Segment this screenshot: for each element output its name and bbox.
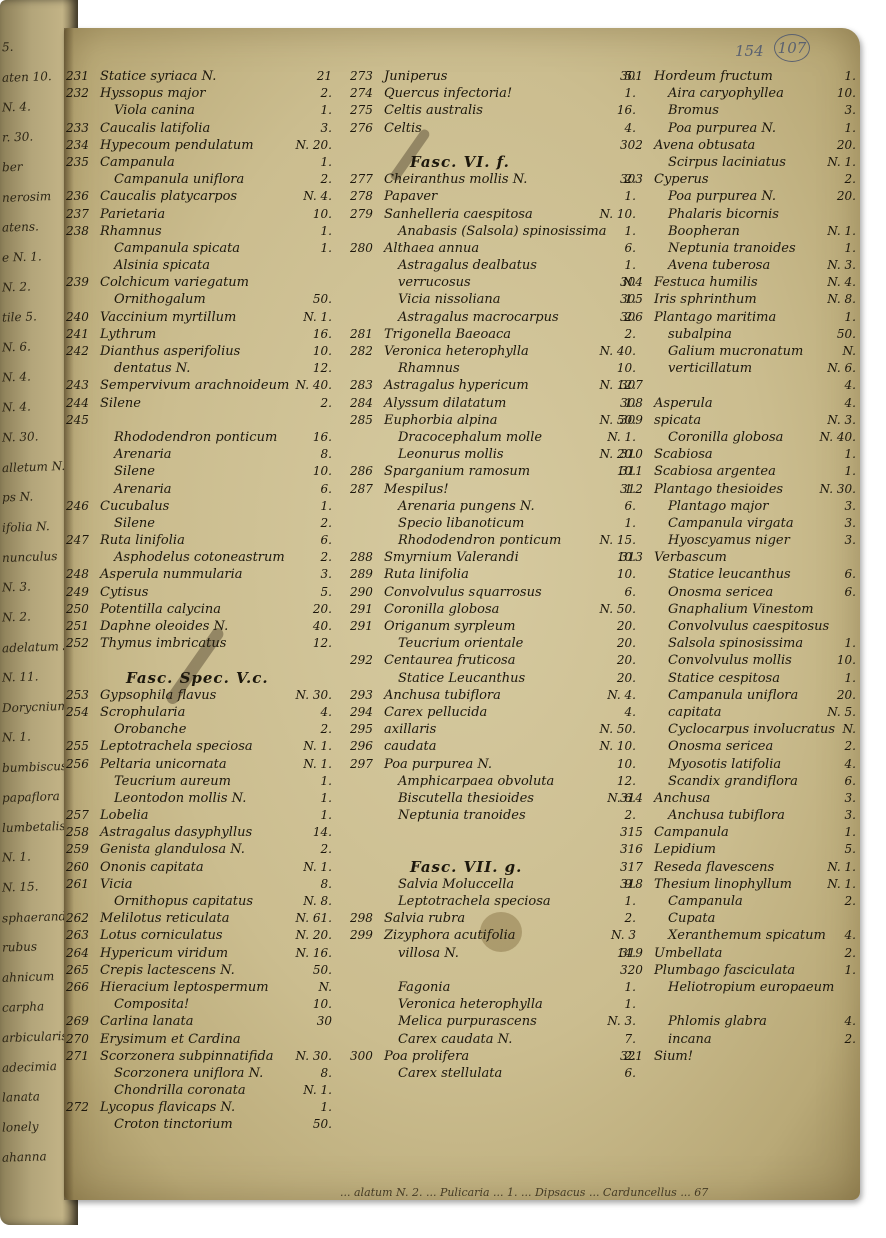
- species-name: Astragalus macrocarpus: [398, 309, 559, 326]
- list-row: 264Hypericum viridumN. 16.: [66, 945, 336, 962]
- species-name: Veronica heterophylla: [398, 996, 543, 1013]
- species-name: Veronica heterophylla: [384, 343, 529, 360]
- margin-fragment: N. 1.: [2, 850, 31, 865]
- list-row: [350, 841, 640, 858]
- entry-number: 236: [66, 188, 96, 205]
- species-name: Ononis capitata: [100, 859, 204, 876]
- species-name: Alyssum dilatatum: [384, 395, 506, 412]
- specimen-count: 40.: [313, 618, 332, 635]
- specimen-count: 30: [317, 1013, 332, 1030]
- specimen-count: N. 1.: [827, 154, 856, 171]
- list-row: Plantago major3.: [620, 498, 860, 515]
- species-name: Dianthus asperifolius: [100, 343, 240, 360]
- list-row: Orobanche2.: [66, 721, 336, 738]
- specimen-count: 1.: [845, 962, 856, 979]
- specimen-count: 1.: [845, 824, 856, 841]
- list-row: verrucosusN.: [350, 274, 640, 291]
- entry-number: 243: [66, 377, 96, 394]
- list-row: Galium mucronatumN.: [620, 343, 860, 360]
- species-name: Colchicum variegatum: [100, 274, 249, 291]
- species-name: Ornithogalum: [114, 291, 206, 308]
- entry-number: 233: [66, 120, 96, 137]
- entry-number: 313: [620, 549, 650, 566]
- entry-number: 291: [350, 618, 380, 635]
- list-row: Composita!10.: [66, 996, 336, 1013]
- species-name: Melica purpurascens: [398, 1013, 537, 1030]
- species-name: Hypecoum pendulatum: [100, 137, 254, 154]
- specimen-count: N. 1.: [303, 756, 332, 773]
- species-name: Festuca humilis: [654, 274, 758, 291]
- entry-number: 306: [620, 309, 650, 326]
- entry-number: 298: [350, 910, 380, 927]
- entry-number: 301: [620, 68, 650, 85]
- entry-number: 321: [620, 1048, 650, 1065]
- species-name: Reseda flavescens: [654, 859, 774, 876]
- list-row: Salvia Moluccella9.: [350, 876, 640, 893]
- specimen-count: 20.: [837, 687, 856, 704]
- list-row: Chondrilla coronataN. 1.: [66, 1082, 336, 1099]
- entry-number: 238: [66, 223, 96, 240]
- specimen-count: 10.: [313, 996, 332, 1013]
- species-name: Coronilla globosa: [668, 429, 783, 446]
- species-name: axillaris: [384, 721, 436, 738]
- specimen-count: 10.: [837, 85, 856, 102]
- list-row: 250Potentilla calycina20.: [66, 601, 336, 618]
- list-row: Melica purpurascensN. 3.: [350, 1013, 640, 1030]
- list-row: 286Sparganium ramosum10.: [350, 463, 640, 480]
- list-row: 306Plantago maritima1.: [620, 309, 860, 326]
- margin-fragment: ahanna: [2, 1149, 47, 1165]
- species-name: Boopheran: [668, 223, 740, 240]
- species-name: Cyperus: [654, 171, 709, 188]
- list-row: 266Hieracium leptospermumN.: [66, 979, 336, 996]
- species-name: Convolvulus caespitosus: [668, 618, 829, 635]
- list-row: Astragalus macrocarpus2.: [350, 309, 640, 326]
- list-row: 277Cheiranthus mollis N.2.: [350, 171, 640, 188]
- species-name: villosa N.: [398, 945, 459, 962]
- entry-number: 271: [66, 1048, 96, 1065]
- species-name: Peltaria unicornata: [100, 756, 227, 773]
- species-name: Sparganium ramosum: [384, 463, 530, 480]
- entry-number: 253: [66, 687, 96, 704]
- list-row: 299Zizyphora acutifoliaN. 3: [350, 927, 640, 944]
- margin-fragment: tile 5.: [2, 309, 37, 324]
- list-row: Poa purpurea N.20.: [620, 188, 860, 205]
- list-row: villosa N.14.: [350, 945, 640, 962]
- list-row: 279Sanhelleria caespitosaN. 10.: [350, 206, 640, 223]
- list-row: 276Celtis4.: [350, 120, 640, 137]
- list-row: Vicia nissoliana1.: [350, 291, 640, 308]
- species-name: Myosotis latifolia: [668, 756, 781, 773]
- species-name: verrucosus: [398, 274, 471, 291]
- margin-fragment: bumbiscus: [2, 759, 68, 775]
- species-name: Verbascum: [654, 549, 727, 566]
- species-name: Cupata: [668, 910, 715, 927]
- specimen-count: 6.: [625, 1065, 636, 1082]
- list-row: Ornithogalum50.: [66, 291, 336, 308]
- species-name: Arenaria: [114, 481, 172, 498]
- specimen-count: N. 16.: [296, 945, 332, 962]
- list-row: [66, 652, 336, 669]
- list-row: 244Silene2.: [66, 395, 336, 412]
- species-name: Hyoscyamus niger: [668, 532, 790, 549]
- list-row: Anchusa tubiflora3.: [620, 807, 860, 824]
- list-row: 314Anchusa3.: [620, 790, 860, 807]
- entry-number: 302: [620, 137, 650, 154]
- species-name: Astragalus hypericum: [384, 377, 529, 394]
- species-name: Umbellata: [654, 945, 722, 962]
- list-row: 243Sempervivum arachnoideumN. 40.: [66, 377, 336, 394]
- list-row: 234Hypecoum pendulatumN. 20.: [66, 137, 336, 154]
- species-name: Salvia rubra: [384, 910, 465, 927]
- list-row: 317Reseda flavescensN. 1.: [620, 859, 860, 876]
- entry-number: 314: [620, 790, 650, 807]
- margin-fragment: Dorycnium: [2, 699, 69, 715]
- species-name: Aira caryophyllea: [668, 85, 784, 102]
- specimen-count: 3.: [845, 532, 856, 549]
- list-row: Ornithopus capitatusN. 8.: [66, 893, 336, 910]
- specimen-count: 2.: [845, 893, 856, 910]
- species-name: Avena obtusata: [654, 137, 755, 154]
- species-name: Origanum syrpleum: [384, 618, 515, 635]
- specimen-count: 6.: [321, 481, 332, 498]
- specimen-count: 12.: [313, 635, 332, 652]
- margin-fragment: ifolia N.: [2, 519, 50, 535]
- specimen-count: 14.: [313, 824, 332, 841]
- species-name: Salsola spinosissima: [668, 635, 803, 652]
- list-row: 302Avena obtusata20.: [620, 137, 860, 154]
- specimen-count: 3.: [845, 807, 856, 824]
- specimen-count: 1.: [321, 223, 332, 240]
- list-row: Silene10.: [66, 463, 336, 480]
- entry-number: 320: [620, 962, 650, 979]
- specimen-count: 4.: [845, 1013, 856, 1030]
- margin-fragment: nunculus: [2, 549, 58, 565]
- margin-fragment: carpha: [2, 999, 45, 1014]
- list-row: Rhododendron ponticumN. 15.: [350, 532, 640, 549]
- entry-number: 279: [350, 206, 380, 223]
- species-name: Composita!: [114, 996, 189, 1013]
- entry-number: 270: [66, 1031, 96, 1048]
- folio-pencil-number: 154: [735, 42, 764, 60]
- list-row: Teucrium orientale20.: [350, 635, 640, 652]
- list-row: Arenaria6.: [66, 481, 336, 498]
- entry-number: 317: [620, 859, 650, 876]
- species-name: Hypericum viridum: [100, 945, 228, 962]
- entry-number: 300: [350, 1048, 380, 1065]
- entry-number: 240: [66, 309, 96, 326]
- entry-number: 246: [66, 498, 96, 515]
- entry-number: 261: [66, 876, 96, 893]
- entry-number: 266: [66, 979, 96, 996]
- list-row: Alsinia spicata: [66, 257, 336, 274]
- specimen-count: 1.: [321, 240, 332, 257]
- specimen-count: 21: [317, 68, 332, 85]
- list-row: 236Caucalis platycarposN. 4.: [66, 188, 336, 205]
- specimen-count: N. 40.: [820, 429, 856, 446]
- list-row: 270Erysimum et Cardina: [66, 1031, 336, 1048]
- list-row: 239Colchicum variegatum: [66, 274, 336, 291]
- specimen-count: 5.: [845, 841, 856, 858]
- list-row: 320Plumbago fasciculata1.: [620, 962, 860, 979]
- list-row: dentatus N.12.: [66, 360, 336, 377]
- list-row: subalpina50.: [620, 326, 860, 343]
- list-row: 231Statice syriaca N.21: [66, 68, 336, 85]
- list-row: 273Juniperus5.: [350, 68, 640, 85]
- specimen-count: 12.: [313, 360, 332, 377]
- species-name: Poa purpurea N.: [668, 188, 776, 205]
- specimen-count: N. 30.: [296, 687, 332, 704]
- list-row: Statice cespitosa1.: [620, 670, 860, 687]
- margin-fragment: N. 11.: [2, 669, 39, 684]
- specimen-count: 2.: [845, 738, 856, 755]
- specimen-count: N. 3.: [827, 257, 856, 274]
- folio-circled-number: 107: [774, 34, 810, 62]
- entry-number: 280: [350, 240, 380, 257]
- entry-number: 263: [66, 927, 96, 944]
- entry-number: 283: [350, 377, 380, 394]
- list-row: Avena tuberosaN. 3.: [620, 257, 860, 274]
- species-name: Orobanche: [114, 721, 187, 738]
- entry-number: 312: [620, 481, 650, 498]
- list-row: Teucrium aureum1.: [66, 773, 336, 790]
- specimen-count: 10.: [313, 343, 332, 360]
- list-row: Arenaria8.: [66, 446, 336, 463]
- list-row: capitataN. 5.: [620, 704, 860, 721]
- species-name: Asphodelus cotoneastrum: [114, 549, 285, 566]
- species-name: Arenaria pungens N.: [398, 498, 535, 515]
- list-row: 281Trigonella Baeoaca2.: [350, 326, 640, 343]
- entry-number: 315: [620, 824, 650, 841]
- list-row: Campanula uniflora2.: [66, 171, 336, 188]
- species-name: Melilotus reticulata: [100, 910, 230, 927]
- specimen-count: 1.: [845, 309, 856, 326]
- specimen-count: 6.: [321, 532, 332, 549]
- species-name: Vaccinium myrtillum: [100, 309, 236, 326]
- list-row: 295axillarisN. 50.: [350, 721, 640, 738]
- entry-number: 252: [66, 635, 96, 652]
- specimen-count: 4.: [845, 756, 856, 773]
- list-row: Poa purpurea N.1.: [620, 120, 860, 137]
- specimen-count: 2.: [845, 945, 856, 962]
- list-row: Astragalus dealbatus1.: [350, 257, 640, 274]
- column-2: 273Juniperus5.274Quercus infectoria!1.27…: [350, 68, 640, 1082]
- species-name: Phlomis glabra: [668, 1013, 767, 1030]
- list-row: 305Iris sphrinthumN. 8.: [620, 291, 860, 308]
- list-row: 265Crepis lactescens N.50.: [66, 962, 336, 979]
- entry-number: 259: [66, 841, 96, 858]
- list-row: 291Coronilla globosaN. 50.: [350, 601, 640, 618]
- specimen-count: 20.: [837, 188, 856, 205]
- entry-number: 247: [66, 532, 96, 549]
- species-name: Astragalus dealbatus: [398, 257, 537, 274]
- list-row: Onosma sericea2.: [620, 738, 860, 755]
- specimen-count: 1.: [845, 68, 856, 85]
- species-name: Statice leucanthus: [668, 566, 791, 583]
- list-row: Convolvulus mollis10.: [620, 652, 860, 669]
- specimen-count: N. 5.: [827, 704, 856, 721]
- species-name: verticillatum: [668, 360, 752, 377]
- species-name: Leontodon mollis N.: [114, 790, 246, 807]
- specimen-count: 20.: [837, 137, 856, 154]
- list-row: 285Euphorbia alpinaN. 50.: [350, 412, 640, 429]
- list-row: 310Scabiosa1.: [620, 446, 860, 463]
- specimen-count: 4.: [321, 704, 332, 721]
- section-heading: Fasc. VII. g.: [350, 859, 640, 876]
- species-name: Daphne oleoides N.: [100, 618, 228, 635]
- species-name: Zizyphora acutifolia: [384, 927, 516, 944]
- list-row: 313Verbascum: [620, 549, 860, 566]
- species-name: capitata: [668, 704, 721, 721]
- species-name: Anabasis (Salsola) spinosissima: [398, 223, 606, 240]
- species-name: Mespilus!: [384, 481, 449, 498]
- species-name: Cheiranthus mollis N.: [384, 171, 527, 188]
- species-name: Dracocephalum molle: [398, 429, 542, 446]
- list-row: 287Mespilus!1.: [350, 481, 640, 498]
- species-name: Statice cespitosa: [668, 670, 780, 687]
- species-name: Lepidium: [654, 841, 716, 858]
- list-row: 311Scabiosa argentea1.: [620, 463, 860, 480]
- list-row: 304Festuca humilisN. 4.: [620, 274, 860, 291]
- entry-number: 278: [350, 188, 380, 205]
- species-name: Carex caudata N.: [398, 1031, 512, 1048]
- species-name: Bromus: [668, 102, 719, 119]
- entry-number: 288: [350, 549, 380, 566]
- species-name: Carex pellucida: [384, 704, 487, 721]
- specimen-count: 2.: [321, 515, 332, 532]
- list-row: 282Veronica heterophyllaN. 40.: [350, 343, 640, 360]
- species-name: Amphicarpaea obvoluta: [398, 773, 554, 790]
- specimen-count: 50.: [313, 1116, 332, 1133]
- list-row: Phlomis glabra4.: [620, 1013, 860, 1030]
- entry-number: 264: [66, 945, 96, 962]
- species-name: Sium!: [654, 1048, 693, 1065]
- list-row: 290Convolvulus squarrosus6.: [350, 584, 640, 601]
- list-row: Leptotrachela speciosa1.: [350, 893, 640, 910]
- specimen-count: 1.: [845, 240, 856, 257]
- species-name: Anchusa: [654, 790, 710, 807]
- species-name: Althaea annua: [384, 240, 479, 257]
- specimen-count: N. 30.: [296, 1048, 332, 1065]
- entry-number: 237: [66, 206, 96, 223]
- list-row: Bromus3.: [620, 102, 860, 119]
- species-name: Biscutella thesioides: [398, 790, 534, 807]
- species-name: Rhamnus: [398, 360, 460, 377]
- specimen-count: 1.: [321, 102, 332, 119]
- specimen-count: 2.: [845, 1031, 856, 1048]
- specimen-count: 8.: [321, 876, 332, 893]
- entry-number: 295: [350, 721, 380, 738]
- species-name: Statice syriaca N.: [100, 68, 216, 85]
- list-row: Veronica heterophylla1.: [350, 996, 640, 1013]
- margin-fragment: aten 10.: [2, 69, 52, 85]
- specimen-count: N. 3.: [827, 412, 856, 429]
- species-name: Sanhelleria caespitosa: [384, 206, 533, 223]
- list-row: 275Celtis australis16.: [350, 102, 640, 119]
- specimen-count: N. 1.: [827, 223, 856, 240]
- species-name: Chondrilla coronata: [114, 1082, 246, 1099]
- entry-number: 249: [66, 584, 96, 601]
- species-name: Rhamnus: [100, 223, 162, 240]
- specimen-count: N. 6.: [827, 360, 856, 377]
- entry-number: 291: [350, 601, 380, 618]
- species-name: Erysimum et Cardina: [100, 1031, 241, 1048]
- species-name: Leptotrachela speciosa: [100, 738, 253, 755]
- specimen-count: 2.: [845, 171, 856, 188]
- entry-number: 290: [350, 584, 380, 601]
- entry-number: 287: [350, 481, 380, 498]
- species-name: Genista glandulosa N.: [100, 841, 245, 858]
- list-row: 251Daphne oleoides N.40.: [66, 618, 336, 635]
- species-name: Papaver: [384, 188, 437, 205]
- species-name: Ruta linifolia: [100, 532, 185, 549]
- list-row: 233Caucalis latifolia3.: [66, 120, 336, 137]
- list-row: 284Alyssum dilatatum1.: [350, 395, 640, 412]
- species-name: Campanula: [654, 824, 729, 841]
- entry-number: 234: [66, 137, 96, 154]
- entry-number: 274: [350, 85, 380, 102]
- species-name: incana: [668, 1031, 712, 1048]
- entry-number: 254: [66, 704, 96, 721]
- specimen-count: N. 61.: [296, 910, 332, 927]
- species-name: Leonurus mollis: [398, 446, 504, 463]
- species-name: Juniperus: [384, 68, 447, 85]
- entry-number: 265: [66, 962, 96, 979]
- section-heading: Fasc. VI. f.: [350, 154, 640, 171]
- species-name: Hieracium leptospermum: [100, 979, 269, 996]
- species-name: Gnaphalium Vinestom: [668, 601, 814, 618]
- species-name: Coronilla globosa: [384, 601, 499, 618]
- species-name: Xeranthemum spicatum: [668, 927, 826, 944]
- species-name: Gypsophila flavus: [100, 687, 216, 704]
- list-row: 252Thymus imbricatus12.: [66, 635, 336, 652]
- species-name: Lycopus flavicaps N.: [100, 1099, 235, 1116]
- list-row: 259Genista glandulosa N.2.: [66, 841, 336, 858]
- list-row: 300Poa prolifera2.: [350, 1048, 640, 1065]
- margin-fragment: N. 2.: [2, 610, 31, 625]
- species-name: Campanula virgata: [668, 515, 794, 532]
- species-name: Poa purpurea N.: [668, 120, 776, 137]
- species-name: Teucrium aureum: [114, 773, 231, 790]
- list-row: Asphodelus cotoneastrum2.: [66, 549, 336, 566]
- entry-number: 294: [350, 704, 380, 721]
- entry-number: 256: [66, 756, 96, 773]
- list-row: 280Althaea annua6.: [350, 240, 640, 257]
- list-row: 293Anchusa tubifloraN. 4.: [350, 687, 640, 704]
- list-row: incana2.: [620, 1031, 860, 1048]
- species-name: Convolvulus mollis: [668, 652, 792, 669]
- entry-number: 275: [350, 102, 380, 119]
- margin-fragment: arbicularis: [2, 1029, 68, 1045]
- list-row: Fagonia1.: [350, 979, 640, 996]
- list-row: 288Smyrnium Valerandi10.: [350, 549, 640, 566]
- list-row: Campanula spicata1.: [66, 240, 336, 257]
- species-name: caudata: [384, 738, 436, 755]
- list-row: 318Thesium linophyllumN. 1.: [620, 876, 860, 893]
- entry-number: 319: [620, 945, 650, 962]
- entry-number: 277: [350, 171, 380, 188]
- specimen-count: 1.: [321, 790, 332, 807]
- list-row: 245: [66, 412, 336, 429]
- specimen-count: N. 8.: [827, 291, 856, 308]
- list-row: 256Peltaria unicornataN. 1.: [66, 756, 336, 773]
- entry-number: 245: [66, 412, 96, 429]
- list-row: 309spicataN. 3.: [620, 412, 860, 429]
- list-row: Anabasis (Salsola) spinosissima1.: [350, 223, 640, 240]
- entry-number: 289: [350, 566, 380, 583]
- species-name: spicata: [654, 412, 701, 429]
- species-name: Celtis australis: [384, 102, 483, 119]
